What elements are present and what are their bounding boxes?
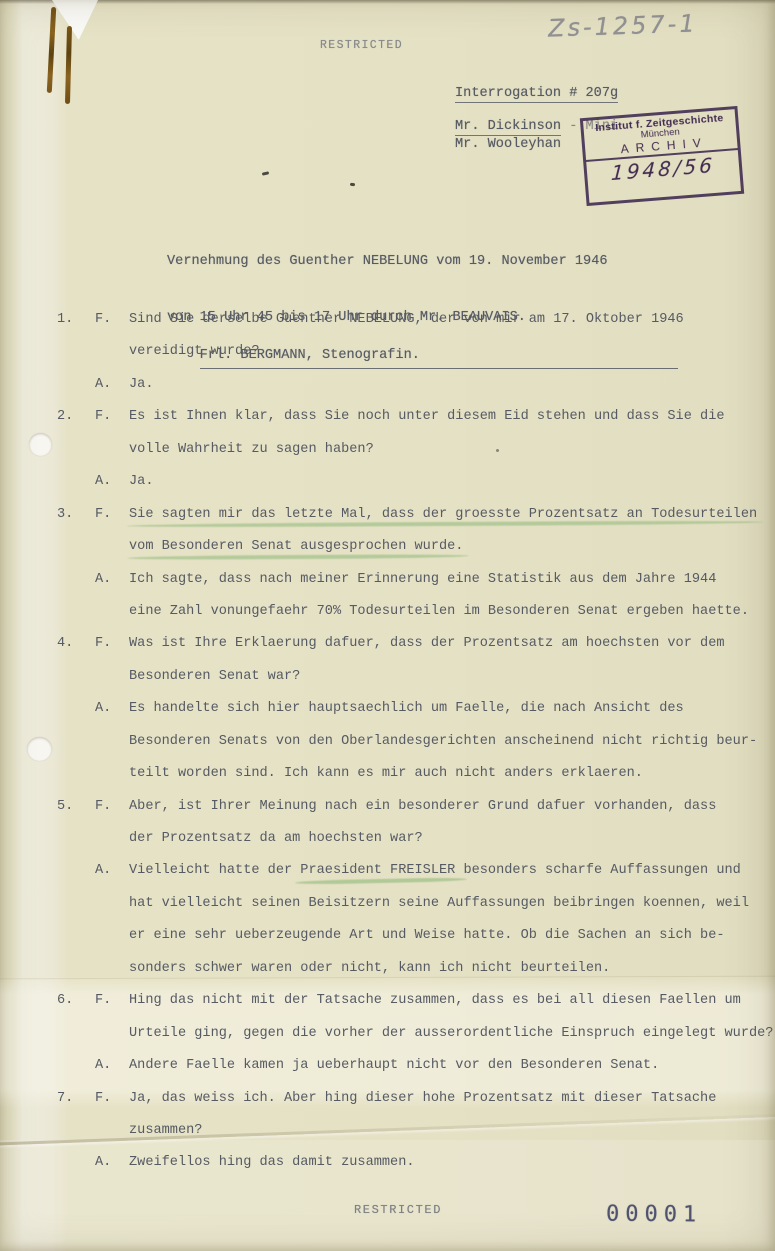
qa-text: sonders schwer waren oder nicht, kann ic… [129, 961, 610, 976]
qa-answer-line: A.Ja. [0, 465, 775, 497]
archive-stamp: Institut f. Zeitgeschichte München ARCHI… [580, 106, 744, 206]
qa-text: Sind Sie derselbe Guenther NEBELUNG, der… [129, 312, 684, 327]
qa-text: Was ist Ihre Erklaerung dafuer, dass der… [129, 636, 725, 651]
qa-answer-line: A.Ja. [0, 368, 775, 400]
interrogator-line-2: Mr. Wooleyhan [455, 137, 561, 152]
qa-text: Besonderen Senat war? [129, 669, 300, 684]
qa-item-number: 3. [57, 507, 73, 522]
question-label: F. [95, 312, 111, 327]
classification-marking-bottom: RESTRICTED [354, 1203, 442, 1217]
qa-answer-line: A.Vielleicht hatte der Praesident FREISL… [0, 854, 775, 886]
question-label: F. [95, 799, 111, 814]
qa-question-line: 1.F.Sind Sie derselbe Guenther NEBELUNG,… [0, 303, 775, 335]
question-label: F. [95, 409, 111, 424]
handwritten-archive-reference: Zs-1257-1 [548, 9, 699, 42]
qa-answer-line: A.Es handelte sich hier hauptsaechlich u… [0, 692, 775, 724]
qa-question-line: 7.F.Ja, das weiss ich. Aber hing dieser … [0, 1082, 775, 1114]
qa-text: der Prozentsatz da am hoechsten war? [129, 831, 423, 846]
qa-text: Andere Faelle kamen ja ueberhaupt nicht … [129, 1058, 659, 1073]
qa-question-line: 6.F.Hing das nicht mit der Tatsache zusa… [0, 984, 775, 1016]
qa-text: hat vielleicht seinen Beisitzern seine A… [129, 896, 749, 911]
ink-speck [262, 171, 269, 175]
question-label: F. [95, 636, 111, 651]
qa-answer-line: er eine sehr ueberzeugende Art und Weise… [0, 919, 775, 951]
paper-tear [52, 0, 98, 40]
classification-marking-top: RESTRICTED [320, 39, 403, 52]
qa-question-line: 3.F.Sie sagten mir das letzte Mal, dass … [0, 498, 775, 530]
qa-question-line: Urteile ging, gegen die vorher der ausse… [0, 1017, 775, 1049]
qa-text: Ja. [129, 474, 153, 489]
qa-text: eine Zahl vonungefaehr 70% Todesurteilen… [129, 604, 749, 619]
qa-item-number: 6. [57, 993, 73, 1008]
rust-stain [47, 7, 56, 93]
qa-text: Aber, ist Ihrer Meinung nach ein besonde… [129, 799, 716, 814]
answer-label: A. [95, 863, 111, 878]
qa-item-number: 5. [57, 799, 73, 814]
qa-text: teilt worden sind. Ich kann es mir auch … [129, 766, 643, 781]
question-label: F. [95, 993, 111, 1008]
qa-question-line: vom Besonderen Senat ausgesprochen wurde… [0, 530, 775, 562]
answer-label: A. [95, 1058, 111, 1073]
qa-item-number: 1. [57, 312, 73, 327]
answer-label: A. [95, 377, 111, 392]
qa-text: Vielleicht hatte der Praesident FREISLER… [129, 863, 741, 878]
qa-text: volle Wahrheit zu sagen haben? [129, 442, 374, 457]
qa-text: Es ist Ihnen klar, dass Sie noch unter d… [129, 409, 725, 424]
interrogation-number: Interrogation # 207g [455, 86, 618, 103]
rust-stain [65, 26, 72, 104]
answer-label: A. [95, 1155, 111, 1170]
qa-text: Zweifellos hing das damit zusammen. [129, 1155, 415, 1170]
qa-item-number: 4. [57, 636, 73, 651]
qa-text: Ich sagte, dass nach meiner Erinnerung e… [129, 572, 716, 587]
qa-question-line: zusammen? [0, 1114, 775, 1146]
qa-question-line: 5.F.Aber, ist Ihrer Meinung nach ein bes… [0, 790, 775, 822]
qa-text: Sie sagten mir das letzte Mal, dass der … [129, 507, 757, 522]
answer-label: A. [95, 474, 111, 489]
session-line-1: Vernehmung des Guenther NEBELUNG vom 19.… [167, 253, 678, 272]
qa-text: Urteile ging, gegen die vorher der ausse… [129, 1026, 773, 1041]
qa-answer-line: hat vielleicht seinen Beisitzern seine A… [0, 887, 775, 919]
interrogator-name: Mr. Dickinson [455, 119, 561, 136]
answer-label: A. [95, 701, 111, 716]
qa-answer-line: A.Zweifellos hing das damit zusammen. [0, 1146, 775, 1178]
question-label: F. [95, 1091, 111, 1106]
qa-text: vereidigt wurde? [129, 344, 260, 359]
qa-list: 1.F.Sind Sie derselbe Guenther NEBELUNG,… [0, 303, 775, 1179]
qa-answer-line: A.Andere Faelle kamen ja ueberhaupt nich… [0, 1049, 775, 1081]
qa-text: vom Besonderen Senat ausgesprochen wurde… [129, 539, 463, 554]
qa-question-line: der Prozentsatz da am hoechsten war? [0, 822, 775, 854]
qa-question-line: vereidigt wurde? [0, 335, 775, 367]
qa-item-number: 2. [57, 409, 73, 424]
answer-label: A. [95, 572, 111, 587]
qa-text: Es handelte sich hier hauptsaechlich um … [129, 701, 684, 716]
document-page: RESTRICTED Zs-1257-1 Interrogation # 207… [0, 0, 775, 1251]
qa-answer-line: eine Zahl vonungefaehr 70% Todesurteilen… [0, 595, 775, 627]
qa-answer-line: A.Ich sagte, dass nach meiner Erinnerung… [0, 563, 775, 595]
qa-text: Besonderen Senats von den Oberlandesgeri… [129, 734, 757, 749]
qa-question-line: Besonderen Senat war? [0, 660, 775, 692]
page-number-stamp: 00001 [606, 1202, 702, 1228]
qa-question-line: 4.F.Was ist Ihre Erklaerung dafuer, dass… [0, 627, 775, 659]
qa-text: Hing das nicht mit der Tatsache zusammen… [129, 993, 741, 1008]
qa-answer-line: sonders schwer waren oder nicht, kann ic… [0, 952, 775, 984]
qa-question-line: 2.F.Es ist Ihnen klar, dass Sie noch unt… [0, 400, 775, 432]
qa-answer-line: Besonderen Senats von den Oberlandesgeri… [0, 725, 775, 757]
qa-text: er eine sehr ueberzeugende Art und Weise… [129, 928, 725, 943]
question-label: F. [95, 507, 111, 522]
qa-answer-line: teilt worden sind. Ich kann es mir auch … [0, 757, 775, 789]
qa-item-number: 7. [57, 1091, 73, 1106]
qa-text: Ja, das weiss ich. Aber hing dieser hohe… [129, 1091, 716, 1106]
ink-speck [350, 183, 355, 187]
qa-text: zusammen? [129, 1123, 202, 1138]
qa-text: Ja. [129, 377, 153, 392]
qa-question-line: volle Wahrheit zu sagen haben? [0, 433, 775, 465]
